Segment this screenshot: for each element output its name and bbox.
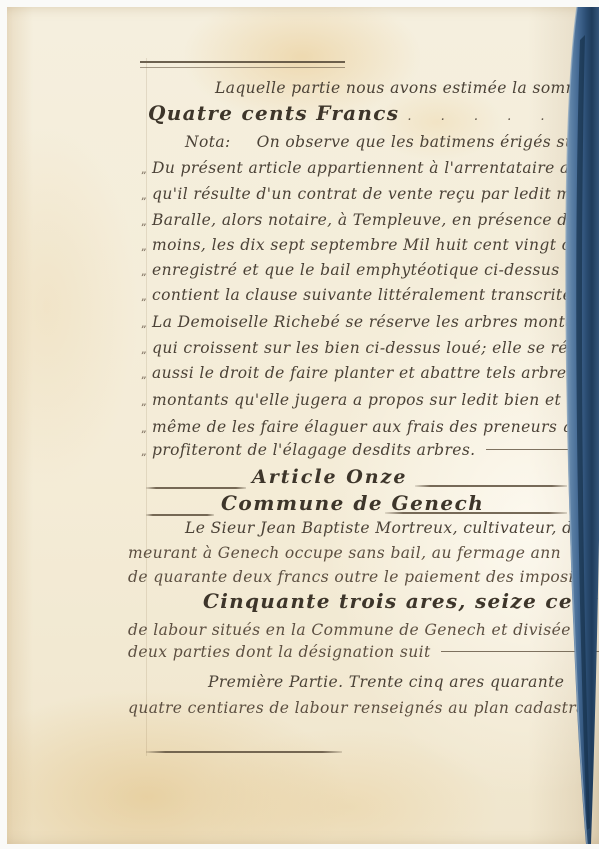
scan-border-bottom (0, 844, 599, 849)
dotted-leader: . . . . . . . (407, 109, 599, 124)
quote-mark: „ (141, 189, 147, 202)
clause-line: „profiteront de l'élagage desdits arbres… (152, 441, 594, 459)
nota-label: Nota: (185, 133, 231, 151)
quote-mark: „ (141, 368, 147, 381)
manuscript-line-opening: Laquelle partie nous avons estimée la so… (215, 79, 599, 97)
manuscript-line: deux parties dont la désignation suit (128, 643, 599, 661)
quote-mark: „ (141, 395, 147, 408)
clause-line: „contient la clause suivante littéraleme… (152, 286, 578, 304)
amount-line: Quatre cents Francs. . . . . . .400. (148, 101, 599, 125)
scan-border-top (0, 0, 599, 7)
heading-rule-left (146, 487, 246, 489)
area-display-line: Cinquante trois ares, seize centiar (203, 589, 599, 613)
clause-line: „La Demoiselle Richebé se réserve les ar… (152, 313, 585, 331)
commune-heading: Commune de Genech (221, 491, 484, 515)
quote-mark: „ (141, 343, 147, 356)
quote-mark: „ (141, 290, 147, 303)
clause-line: „moins, les dix sept septembre Mil huit … (152, 236, 587, 254)
clause-line: „enregistré et que le bail emphytéotique… (152, 261, 593, 279)
quote-mark: „ (141, 445, 147, 458)
quote-mark: „ (141, 265, 147, 278)
amount-label: Quatre cents Francs (148, 101, 399, 125)
quote-mark: „ (141, 317, 147, 330)
scan-border-left (0, 0, 7, 849)
heading-rule-right (415, 485, 567, 487)
manuscript-line: de quarante deux francs outre le paiemen… (128, 568, 574, 586)
quote-mark: „ (141, 215, 147, 228)
clause-line: „Du présent article appartiennent à l'ar… (152, 159, 585, 177)
filler-rule (486, 449, 594, 451)
quote-mark: „ (141, 422, 147, 435)
heading-rule-left (146, 514, 214, 516)
manuscript-line: Le Sieur Jean Baptiste Mortreux, cultiva… (185, 519, 582, 537)
clause-line: „Baralle, alors notaire, à Templeuve, en… (152, 211, 599, 229)
filler-rule (441, 651, 599, 653)
nota-line: Nota:On observe que les batimens érigés … (185, 133, 599, 151)
manuscript-line: quatre centiares de labour renseignés au… (128, 699, 596, 717)
nota-text: On observe que les batimens érigés sur l… (257, 133, 599, 151)
manuscript-line: de labour situés en la Commune de Genech… (128, 621, 586, 639)
bottom-section-rule (146, 751, 342, 753)
quote-mark: „ (141, 163, 147, 176)
manuscript-page-scan: Laquelle partie nous avons estimée la so… (0, 0, 599, 849)
quote-mark: „ (141, 240, 147, 253)
manuscript-line: meurant à Genech occupe sans bail, au fe… (128, 544, 561, 562)
clause-line: „aussi le droit de faire planter et abat… (152, 364, 566, 382)
clause-line: „qu'il résulte d'un contrat de vente reç… (152, 185, 587, 203)
manuscript-line: Première Partie. Trente cinq ares quaran… (208, 673, 564, 691)
article-heading: Article Onze (252, 466, 407, 488)
top-section-rule (140, 61, 345, 68)
clause-line: „qui croissent sur les bien ci-dessus lo… (152, 339, 568, 357)
clause-line: „même de les faire élaguer aux frais des… (152, 418, 573, 436)
clause-line: „montants qu'elle jugera a propos sur le… (152, 391, 561, 409)
